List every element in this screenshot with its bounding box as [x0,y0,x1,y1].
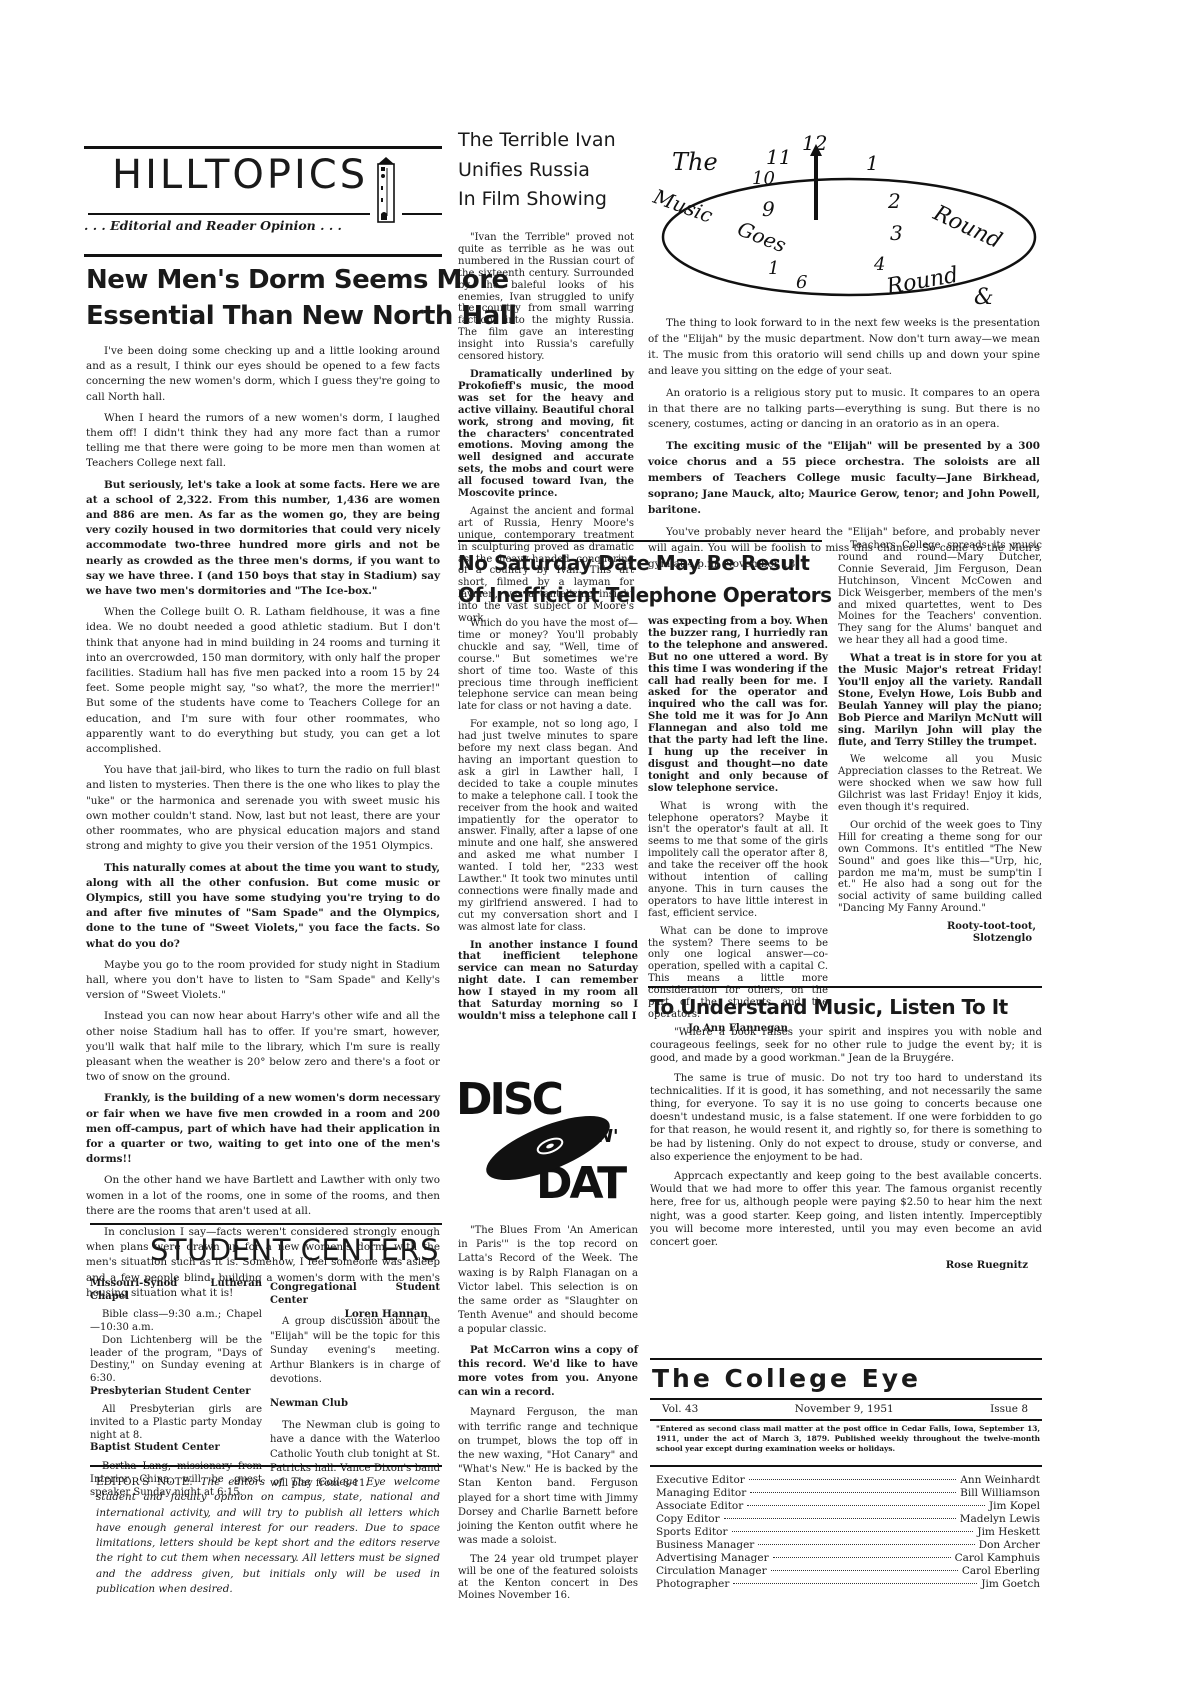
staff-row: Circulation ManagerCarol Eberling [656,1565,1040,1578]
campanile-tower-icon [376,156,396,224]
ivan-headline-line: Unifies Russia [458,156,616,186]
masthead-rule [650,1465,1042,1467]
disc-paragraph: Maynard Ferguson, the man with terrific … [458,1406,638,1548]
staff-box: Executive EditorAnn Weinhardt Managing E… [656,1474,1040,1591]
dorm-paragraph: When the College built O. R. Latham fiel… [86,605,440,757]
music-side-paragraph: We welcome all you Music Appreciation cl… [838,754,1042,814]
student-centers-col1: Missouri-Synod Lutheran Chapel Bible cla… [90,1278,262,1505]
masthead-date: November 9, 1951 [795,1402,894,1416]
editors-note-label: EDITOR'S NOTE: [96,1476,193,1488]
center-text: Don Lichtenberg will be the leader of th… [90,1335,262,1386]
understand-paragraph: Apprcach expectantly and keep going to t… [650,1170,1042,1249]
svg-text:6: 6 [796,272,807,293]
svg-text:4: 4 [873,254,885,275]
masthead-rule [650,1419,1042,1421]
dorm-paragraph: This naturally comes at about the time y… [86,861,440,952]
dorm-paragraph: On the other hand we have Bartlett and L… [86,1173,440,1219]
center-text: All Presbyterian girls are invited to a … [90,1404,262,1442]
art-word-the: The [672,148,718,176]
staff-row: Sports EditorJim Heskett [656,1526,1040,1539]
header-mid-rule-right [402,213,442,215]
staff-row: Associate EditorJim Kopel [656,1500,1040,1513]
center-name: Missouri-Synod Lutheran Chapel [90,1278,262,1303]
art-word-music: Music [649,184,716,228]
music-side-paragraph: What a treat is in store for you at the … [838,653,1042,748]
understand-paragraph: "Where a book raises your spirit and ins… [650,1026,1042,1066]
header-mid-rule [88,213,370,215]
understand-music-headline: To Understand Music, Listen To It [650,992,1008,1022]
understand-paragraph: The same is true of music. Do not try to… [650,1072,1042,1164]
header-bottom-rule [84,254,442,257]
music-paragraph: An oratorio is a religious story put to … [648,386,1040,434]
disc-column-body: "The Blues From 'An American in Paris'" … [458,1224,638,1608]
masthead-info-row: Vol. 43 November 9, 1951 Issue 8 [650,1402,1042,1416]
understand-music-body: "Where a book raises your spirit and ins… [650,1026,1042,1278]
divider-rule [90,1465,442,1467]
telephone-headline-line2: Of Inefficient Telephone Operators [458,580,832,610]
center-name: Baptist Student Center [90,1442,262,1455]
postal-notice: "Entered as second class mail matter at … [656,1424,1040,1454]
ivan-paragraph: "Ivan the Terrible" proved not quite as … [458,232,634,363]
telephone-paragraph: was expecting from a boy. When the buzze… [648,616,828,795]
music-side-paragraph: Teachers College spreads its music round… [838,540,1042,647]
dorm-headline-line1: New Men's Dorm Seems More [86,262,509,298]
editors-note-text: The editors of The College Eye welcome s… [96,1476,440,1595]
staff-row: Executive EditorAnn Weinhardt [656,1474,1040,1487]
music-side-paragraph: Our orchid of the week goes to Tiny Hill… [838,820,1042,915]
dorm-paragraph: Maybe you go to the room provided for st… [86,958,440,1004]
svg-text:10: 10 [752,168,775,189]
section-title: HILLTOPICS [112,150,368,200]
disc-paragraph: Pat McCarron wins a copy of this record.… [458,1344,638,1401]
header-top-rule [84,146,442,149]
telephone-col2: was expecting from a boy. When the buzze… [648,616,828,1041]
section-subtitle: . . . Editorial and Reader Opinion . . . [84,218,342,233]
disc-an-dat-illustration: DISC AN' DAT [456,1072,646,1202]
svg-text:9: 9 [762,197,775,221]
telephone-paragraph: What is wrong with the telephone operato… [648,801,828,920]
ivan-headline-line: The Terrible Ivan [458,126,616,156]
masthead-rule [650,1398,1042,1400]
masthead-issue: Issue 8 [990,1402,1028,1416]
art-word-round-2: Round [884,263,960,300]
masthead-top-rule [650,1358,1042,1360]
svg-text:1: 1 [866,151,879,175]
ivan-paragraph: Dramatically underlined by Prokofieff's … [458,369,634,500]
ivan-headline-line: In Film Showing [458,185,616,215]
telephone-col1: Which do you have the most of—time or mo… [458,618,638,1029]
understand-byline: Rose Ruegnitz [650,1259,1042,1272]
staff-row: Copy EditorMadelyn Lewis [656,1513,1040,1526]
art-word-disc: DISC [456,1074,562,1125]
telephone-paragraph: In another instance I found that ineffic… [458,940,638,1023]
dorm-headline-line2: Essential Than New North Hall [86,298,517,334]
divider-rule [458,540,822,542]
dorm-paragraph: But seriously, let's take a look at some… [86,478,440,600]
music-paragraph: The thing to look forward to in the next… [648,316,1040,380]
dorm-paragraph: Instead you can now hear about Harry's o… [86,1009,440,1085]
music-goes-round-illustration: The Music Goes Round Round & 11 12 1 10 … [644,122,1044,318]
staff-row: PhotographerJim Goetch [656,1578,1040,1591]
music-signoff-line1: Rooty-toot-toot, [838,921,1042,933]
staff-row: Advertising ManagerCarol Kamphuis [656,1552,1040,1565]
center-name: Newman Club [270,1398,440,1411]
divider-rule [648,986,1042,988]
art-word-round: Round [929,200,1006,254]
staff-row: Business ManagerDon Archer [656,1539,1040,1552]
disc-paragraph: "The Blues From 'An American in Paris'" … [458,1224,638,1338]
editors-note: EDITOR'S NOTE: The editors of The Colleg… [96,1475,440,1597]
disc-paragraph: The 24 year old trumpet player will be o… [458,1554,638,1602]
center-text: A group discussion about the "Elijah" wi… [270,1315,440,1388]
art-word-goes: Goes [734,216,789,257]
svg-text:1: 1 [768,258,779,279]
center-name: Presbyterian Student Center [90,1386,262,1399]
svg-text:12: 12 [802,131,827,155]
music-paragraph: The exciting music of the "Elijah" will … [648,439,1040,519]
telephone-headline-line1: No Saturday Date May Be Result [458,548,809,578]
student-centers-title: STUDENT CENTERS [150,1230,439,1270]
telephone-paragraph: For example, not so long ago, I had just… [458,719,638,933]
svg-text:2: 2 [887,189,901,213]
ivan-headline: The Terrible Ivan Unifies Russia In Film… [458,126,616,215]
telephone-paragraph: Which do you have the most of—time or mo… [458,618,638,713]
dorm-paragraph: When I heard the rumors of a new women's… [86,411,440,472]
dorm-paragraph: I've been doing some checking up and a l… [86,344,440,405]
svg-text:3: 3 [890,221,903,245]
music-side-column: Teachers College spreads its music round… [838,540,1042,945]
art-word-ampersand: & [974,285,994,310]
center-name: Congregational Student Center [270,1282,440,1307]
dorm-paragraph: Frankly, is the building of a new women'… [86,1091,440,1167]
staff-row: Managing EditorBill Williamson [656,1487,1040,1500]
svg-text:11: 11 [766,145,791,169]
masthead-title: The College Eye [652,1362,921,1396]
music-signoff-line2: Slotzenglo [838,933,1042,945]
dorm-paragraph: You have that jail-bird, who likes to tu… [86,763,440,854]
dorm-article-body: I've been doing some checking up and a l… [86,344,440,1328]
masthead-volume: Vol. 43 [662,1402,698,1416]
center-text: Bible class—9:30 a.m.; Chapel—10:30 a.m. [90,1309,262,1334]
divider-rule [90,1223,442,1225]
